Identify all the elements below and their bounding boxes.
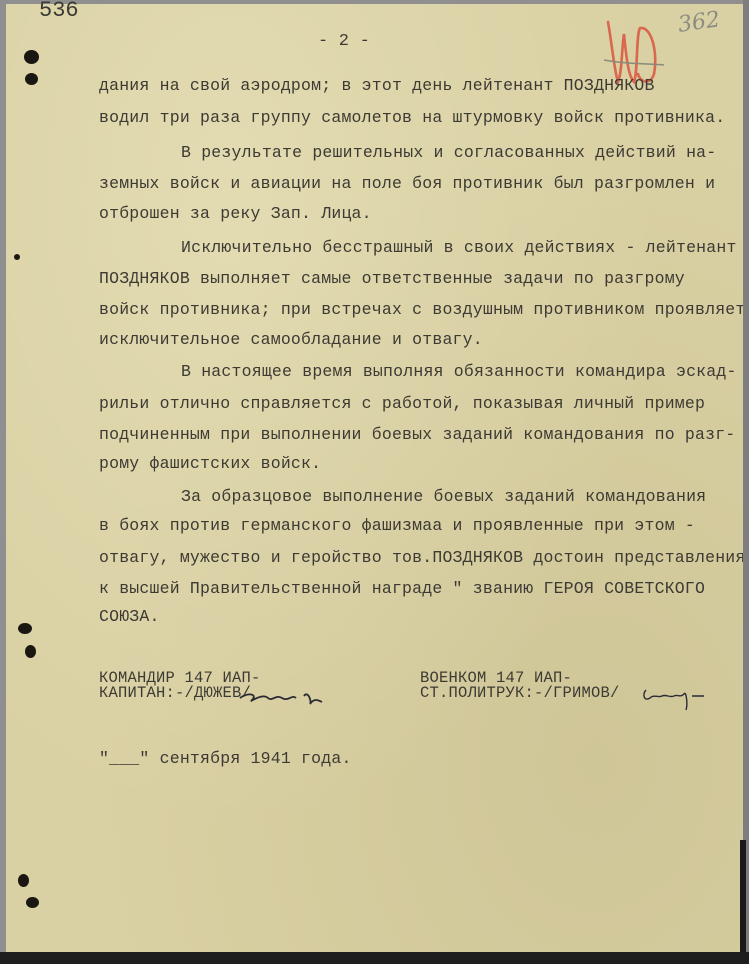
page-number: - 2 - — [318, 32, 370, 51]
text-line: водил три раза группу самолетов на штурм… — [99, 108, 725, 127]
text-line: СОЮЗА. — [99, 607, 160, 626]
text-line: исключительное самообладание и отвагу. — [99, 330, 483, 349]
punch-hole — [18, 623, 32, 634]
handwritten-signature-icon — [238, 684, 328, 708]
signature-name: СТ.ПОЛИТРУК:-/ГРИМОВ/ — [420, 684, 620, 702]
punch-hole — [25, 73, 38, 85]
text-line: подчиненным при выполнении боевых задани… — [99, 425, 735, 444]
scan-edge-right — [743, 0, 749, 964]
text-line: За образцовое выполнение боевых заданий … — [181, 487, 706, 506]
scan-edge-bottom — [0, 952, 749, 964]
scan-shadow — [740, 840, 746, 952]
text-line: земных войск и авиации на поле боя проти… — [99, 174, 715, 193]
archive-number: 536 — [39, 0, 79, 23]
signature-name: КАПИТАН:-/ДЮЖЕВ/ — [99, 684, 251, 702]
text-line: дания на свой аэродром; в этот день лейт… — [99, 76, 655, 95]
ink-spot — [14, 254, 20, 260]
text-line: войск противника; при встречах с воздушн… — [99, 300, 746, 319]
text-line: Исключительно бесстрашный в своих действ… — [181, 238, 737, 257]
text-line: отвагу, мужество и геройство тов.ПОЗДНЯК… — [99, 548, 746, 567]
text-line: отброшен за реку Зап. Лица. — [99, 204, 372, 223]
text-line: к высшей Правительственной награде " зва… — [99, 579, 705, 598]
pencil-page-number: 362 — [676, 7, 721, 38]
text-line: В результате решительных и согласованных… — [181, 143, 716, 162]
handwritten-signature-icon — [640, 680, 720, 712]
text-line: В настоящее время выполняя обязанности к… — [181, 362, 737, 381]
punch-hole — [18, 874, 29, 887]
punch-hole — [26, 897, 39, 908]
date-line: "___" сентября 1941 года. — [99, 749, 352, 768]
text-line: в боях против германского фашизмаа и про… — [99, 516, 695, 535]
text-line: ПОЗДНЯКОВ выполняет самые ответственные … — [99, 269, 685, 288]
document-page: 536 362 - 2 - дания на свой аэродром; в … — [6, 4, 744, 952]
text-line: рильи отлично справляется с работой, пок… — [99, 394, 705, 413]
punch-hole — [25, 645, 36, 658]
text-line: рому фашистских войск. — [99, 454, 321, 473]
punch-hole — [24, 50, 39, 64]
